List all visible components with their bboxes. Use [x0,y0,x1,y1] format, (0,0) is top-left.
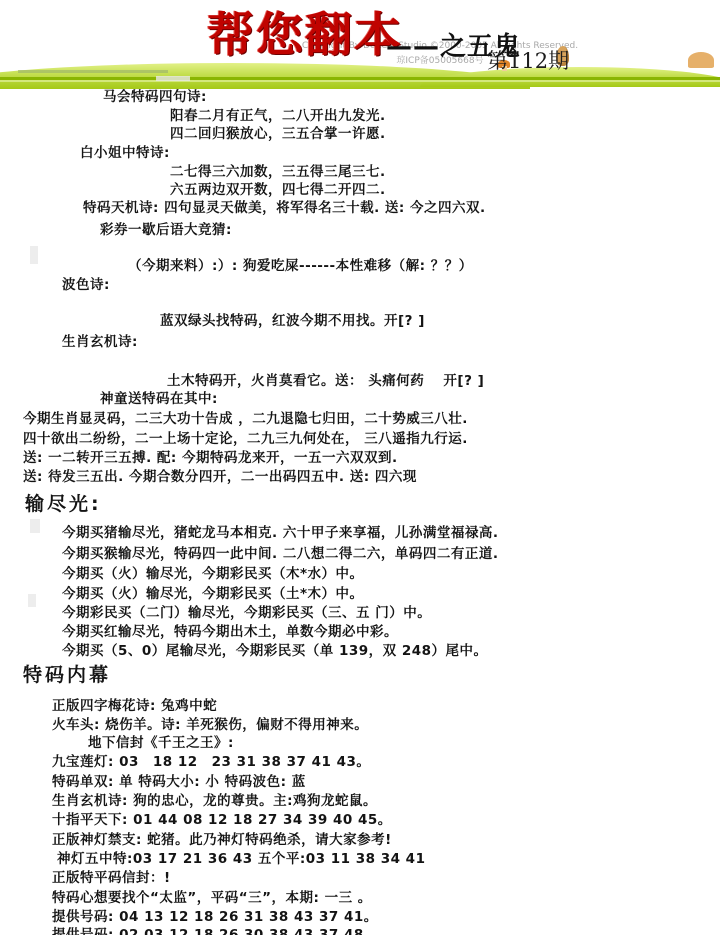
text-line: 特码心想要找个“太监”，平码“三”，本期: 一三 。 [52,886,372,906]
text-line: 阳春二月有正气，二八开出九发光. [170,104,386,124]
text-line: 波色诗: [62,273,110,293]
text-line: 土木特码开，火肖莫看它。送： 头痛何药 开[? ] [167,369,484,389]
text-line: 二七得三六加数，三五得三尾三七. [170,160,386,180]
text-line: 送: 一二转开三五搏. 配: 今期特码龙来开，一五一六双双到. [23,446,398,466]
text-line: 火车头: 烧伤羊。诗: 羊死猴伤，偏财不得用神来。 [52,713,368,733]
text-line: 正版特平码信封：! [52,866,171,886]
text-line: 神灯五中特:03 17 21 36 43 五个平:03 11 38 34 41 [57,847,425,867]
scan-artifact [156,76,190,81]
text-line: 六五两边双开数，四七得二开四二. [170,178,386,198]
text-line: 今期买红输尽光，特码今期出木土，单数今期必中彩。 [62,620,398,640]
grass-right-decoration [688,52,714,68]
text-line: 今期买猴输尽光，特码四一此中间. 二八想二得二六，单码四二有正道. [62,542,498,562]
text-line: 四二回归猴放心，三五合掌一许愿. [170,122,386,142]
text-line: 十指平天下: 01 44 08 12 18 27 34 39 40 45。 [52,808,392,828]
text-line: 提供号码: 04 13 12 18 26 31 38 43 37 41。 [52,905,378,925]
page-title: 帮您翻本 [207,0,403,65]
text-line: 马会特码四句诗: [103,85,207,105]
text-line: 提供号码: 02 03 12 18 26 30 38 43 37 48。 [52,923,378,935]
text-line: 生肖玄机诗: [62,330,138,350]
scan-artifact [30,519,40,533]
text-line: 白小姐中特诗: [80,141,170,161]
section-heading-tema-neimu: 特码内幕 [23,660,111,687]
section-heading-shujinguang: 输尽光: [25,489,102,516]
grass-streak [18,70,168,73]
text-line: 特码天机诗: 四句显灵天做美，将军得名三十载. 送: 今之四六双. [83,196,486,216]
text-line: 生肖玄机诗: 狗的忠心，龙的尊贵。主:鸡狗龙蛇鼠。 [52,789,377,809]
text-line: 地下信封《千王之王》: [88,731,234,751]
text-line: 神童送特码在其中: [100,387,218,407]
text-line: 今期买（火）输尽光，今期彩民买（木*水）中。 [62,562,364,582]
text-line: 今期生肖显灵码，二三大功十告成 ，二九退隐七归田，二十势威三八壮. [23,407,468,427]
text-line: （今期来料）:）: 狗爱吃屎------本性难移（解: ？？） [128,254,473,274]
scan-artifact [30,246,38,264]
text-line: 四十欲出二纷纷，二一上场十定论，二九三九何处在， 三八遥指九行运. [23,427,468,447]
scan-artifact [28,594,36,607]
grass-baseline-glow [0,80,720,82]
text-line: 今期买（火）输尽光，今期彩民买（土*木）中。 [62,582,364,602]
text-line: 今期买猪输尽光，猪蛇龙马本相克. 六十甲子来享福，儿孙满堂福禄高. [62,521,498,541]
text-line: 正版神灯禁支: 蛇猪。此乃神灯特码绝杀，请大家参考! [52,828,392,848]
text-line: 特码单双: 单 特码大小: 小 特码波色: 蓝 [52,770,306,790]
text-line: 今期买（5、0）尾输尽光，今期彩民买（单 139，双 248）尾中。 [62,639,488,659]
lottery-tip-sheet-page: Copyright By DeXCai Studio ©2000-2005 Al… [0,0,720,935]
text-line: 今期彩民买（二门）输尽光，今期彩民买（三、五 门）中。 [62,601,431,621]
text-line: 九宝莲灯: 03 18 12 23 31 38 37 41 43。 [52,750,370,770]
text-line: 蓝双绿头找特码，红波今期不用找。开[? ] [160,309,425,329]
text-line: 彩券一歇后语大竞猜: [100,218,232,238]
issue-number: 第112期 [487,45,569,75]
text-line: 送: 待发三五出. 今期合数分四开，二一出码四五中. 送: 四六现 [23,465,417,485]
text-line: 正版四字梅花诗: 兔鸡中蛇 [52,694,217,714]
